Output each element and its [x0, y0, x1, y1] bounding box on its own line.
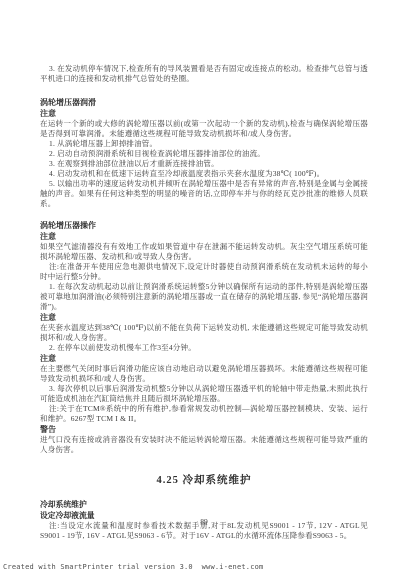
step-item: 4. 启动发动机和在低速下运转直至冷却液温度表指示夹套水温度为38℃( 100℉… — [40, 169, 368, 179]
notice-label: 注意 — [40, 313, 368, 323]
section-title-lubrication: 涡轮增压器润滑 — [40, 97, 368, 108]
document-page: 3. 在发动机停车情况下,检查所有的导风装置看是否有固定或连接点的松动。检查排气… — [0, 0, 408, 576]
intro-paragraph: 3. 在发动机停车情况下,检查所有的导风装置看是否有固定或连接点的松动。检查排气… — [40, 64, 368, 84]
notice-label: 注意 — [40, 354, 368, 364]
step-item: 1. 在每次发动机起动以前让预润滑系统运转整5分钟以确保所有运动的部件,特别是涡… — [40, 282, 368, 312]
step-item: 2. 启动自动预润滑系统和目视检查涡轮增压器排油部位的油流。 — [40, 149, 368, 159]
step-item: 3. 在观察到排油部位泄油以后才重新连接排油管。 — [40, 159, 368, 169]
step-item: 5. 以输出功率的速度运转发动机并倾听在涡轮增压器中是否有异常的声音,特别是金属… — [40, 179, 368, 209]
section-title-operation: 涡轮增压器操作 — [40, 220, 368, 231]
step-item: 3. 每次停机以后事后润滑发动机整5分钟以从涡轮增压器透平机的轮轴中带走热量,未… — [40, 384, 368, 404]
chapter-heading: 4.25 冷却系统维护 — [40, 472, 368, 487]
printer-watermark: Created with SmartPrinter trial version … — [3, 563, 263, 571]
warning-label: 警告 — [40, 425, 368, 435]
notice-label: 注意 — [40, 109, 368, 119]
cooling-section-title: 冷却系统维护 — [40, 500, 368, 511]
notice-text: 在运转一个新的或大修的涡轮增压器以前(或第一次起动一个新的发动机),检查与确保涡… — [40, 119, 368, 139]
warning-text: 进气口没有连接或消音器没有安装时决不能运转涡轮增压器。未能遵循这些规程可能导致严… — [40, 435, 368, 455]
page-number: 89 — [0, 517, 408, 526]
step-item: 1. 从涡轮增压器上卸掉排油管。 — [40, 139, 368, 149]
notice-text: 如果空气滤清器没有有效地工作或如果管道中存在泄漏不能运转发动机。灰尘空气增压系统… — [40, 242, 368, 262]
note-paragraph: 注:在准备开车使用应急电源供电情况下,设定计时器使自动预润滑系统在发动机未运转的… — [40, 262, 368, 282]
notice-text: 在主要燃气关闭时事后润滑功能应该自动地启动以避免涡轮增压器损坏。未能遵循这些规程… — [40, 364, 368, 384]
notice-text: 在夹套水温度达到38℃( 100℉)以前不能在负荷下运转发动机, 未能遵循这些规… — [40, 323, 368, 343]
note-paragraph: 注:关于在TCM®系统中的所有维护,参看常规发动机控制—涡轮增压器控制模块、安装… — [40, 404, 368, 424]
notice-label: 注意 — [40, 232, 368, 242]
step-item: 2. 在停车以前使发动机慢车工作3至4分钟。 — [40, 343, 368, 353]
